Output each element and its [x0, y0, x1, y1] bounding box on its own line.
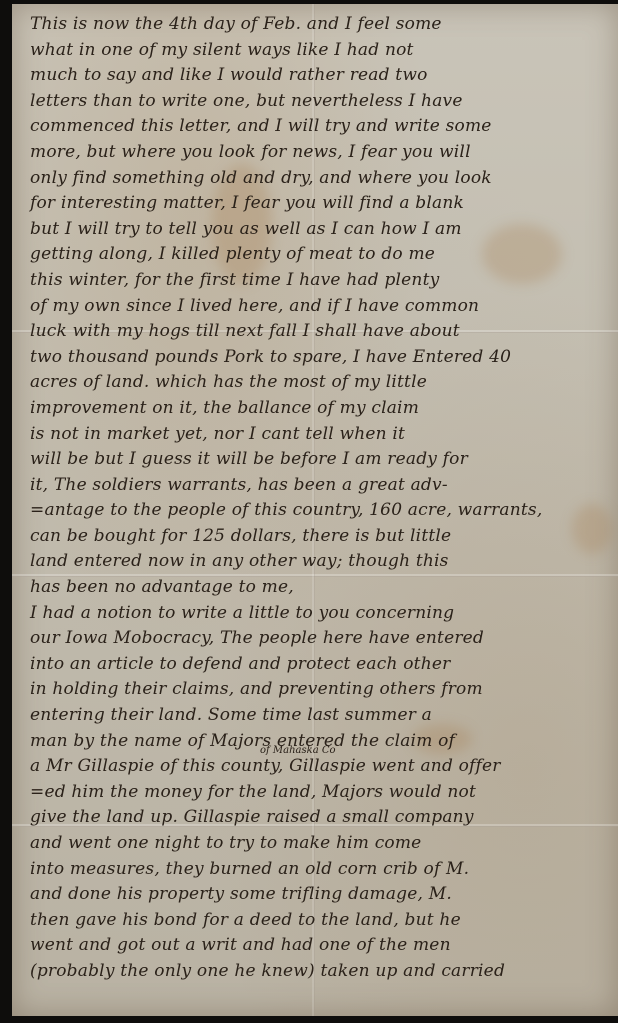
- text-line: only find something old and dry, and whe…: [30, 166, 614, 192]
- letter-text: This is now the 4th day of Feb. and I fe…: [30, 12, 614, 985]
- text-line: of my own since I lived here, and if I h…: [30, 294, 614, 320]
- text-line: improvement on it, the ballance of my cl…: [30, 396, 614, 422]
- text-line: then gave his bond for a deed to the lan…: [30, 908, 614, 934]
- text-line: and done his property some trifling dama…: [30, 882, 614, 908]
- text-line: a Mr Gillaspie of this county, Gillaspie…: [30, 754, 614, 780]
- text-line: letters than to write one, but neverthel…: [30, 89, 614, 115]
- text-line: (probably the only one he knew) taken up…: [30, 959, 614, 985]
- text-line: luck with my hogs till next fall I shall…: [30, 319, 614, 345]
- text-line: into an article to defend and protect ea…: [30, 652, 614, 678]
- text-line: acres of land. which has the most of my …: [30, 370, 614, 396]
- text-line: commenced this letter, and I will try an…: [30, 114, 614, 140]
- letter-page: This is now the 4th day of Feb. and I fe…: [12, 4, 618, 1016]
- text-line: into measures, they burned an old corn c…: [30, 857, 614, 883]
- text-line: what in one of my silent ways like I had…: [30, 38, 614, 64]
- text-line: this winter, for the first time I have h…: [30, 268, 614, 294]
- text-line: and went one night to try to make him co…: [30, 831, 614, 857]
- text-line: went and got out a writ and had one of t…: [30, 933, 614, 959]
- text-line: our Iowa Mobocracy, The people here have…: [30, 626, 614, 652]
- text-line: is not in market yet, nor I cant tell wh…: [30, 422, 614, 448]
- text-line: I had a notion to write a little to you …: [30, 601, 614, 627]
- text-line: will be but I guess it will be before I …: [30, 447, 614, 473]
- text-line: getting along, I killed plenty of meat t…: [30, 242, 614, 268]
- text-line: much to say and like I would rather read…: [30, 63, 614, 89]
- text-line: but I will try to tell you as well as I …: [30, 217, 614, 243]
- text-line: has been no advantage to me,: [30, 575, 614, 601]
- text-line: it, The soldiers warrants, has been a gr…: [30, 473, 614, 499]
- text-line: for interesting matter, I fear you will …: [30, 191, 614, 217]
- interlinear-note: of Mahaska Co: [260, 745, 336, 756]
- text-line: more, but where you look for news, I fea…: [30, 140, 614, 166]
- text-line: This is now the 4th day of Feb. and I fe…: [30, 12, 614, 38]
- text-line: in holding their claims, and preventing …: [30, 677, 614, 703]
- text-line: two thousand pounds Pork to spare, I hav…: [30, 345, 614, 371]
- text-line: entering their land. Some time last summ…: [30, 703, 614, 729]
- text-line: =antage to the people of this country, 1…: [30, 498, 614, 524]
- text-line: land entered now in any other way; thoug…: [30, 549, 614, 575]
- text-line: can be bought for 125 dollars, there is …: [30, 524, 614, 550]
- text-line: give the land up. Gillaspie raised a sma…: [30, 805, 614, 831]
- text-line: =ed him the money for the land, Majors w…: [30, 780, 614, 806]
